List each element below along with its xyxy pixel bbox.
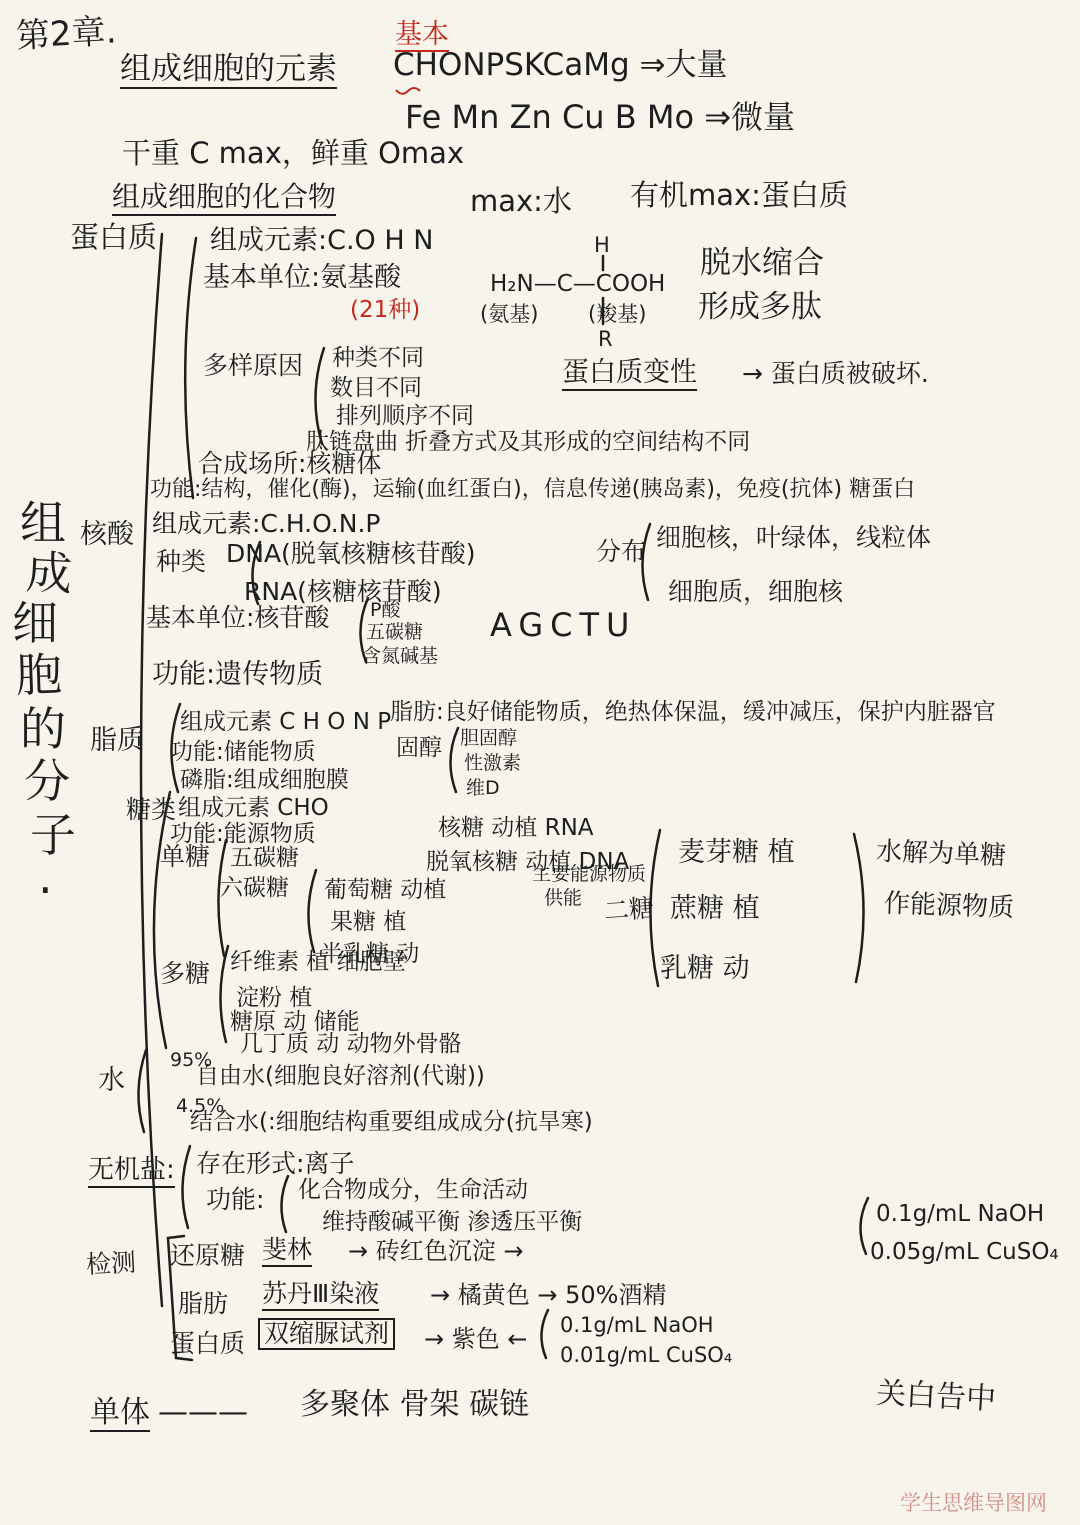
handwritten-mindmap-page: { "page": { "watermark": "学生思维导图网", "sig… bbox=[0, 0, 1080, 1525]
nucleic-unit: 基本单位:核苷酸 bbox=[146, 604, 329, 632]
chapter-title: 第2章. bbox=[15, 13, 117, 56]
protein-elements: 组成元素:C.O H N bbox=[210, 226, 433, 256]
protein-unit: 基本单位:氨基酸 bbox=[203, 263, 401, 293]
phospholipid-note: 磷脂:组成细胞膜 bbox=[180, 768, 349, 793]
rna-kind: RNA(核糖核苷酸) bbox=[244, 578, 442, 606]
spine-char: 成 bbox=[25, 547, 74, 600]
nucleic-label: 核酸 bbox=[80, 520, 134, 550]
detection-target: 蛋白质 bbox=[170, 1330, 245, 1358]
glucose-item: 葡萄糖 动植 bbox=[324, 878, 446, 903]
disaccharide-note: 作能源物质 bbox=[884, 890, 1015, 923]
fehling-reagent-part: 0.1g/mL NaOH bbox=[876, 1202, 1044, 1227]
sterol-item: 胆固醇 bbox=[460, 728, 517, 749]
denature-result: → 蛋白质被破坏. bbox=[742, 360, 929, 388]
polysaccharide-item: 淀粉 植 bbox=[236, 986, 312, 1011]
spine-char: 细 bbox=[12, 598, 58, 649]
fructose-item: 果糖 植 bbox=[330, 910, 406, 935]
dehydration-line1: 脱水缩合 bbox=[700, 246, 824, 280]
dehydration-line2: 形成多肽 bbox=[698, 290, 822, 324]
spine-char: 胞 bbox=[15, 649, 63, 701]
polysaccharide-item: 纤维素 植 细胞壁 bbox=[230, 950, 406, 975]
nucleic-kinds-label: 种类 bbox=[156, 548, 206, 576]
polysaccharide-item: 几丁质 动 动物外骨骼 bbox=[240, 1032, 462, 1057]
diversity-reason: 种类不同 bbox=[332, 346, 424, 371]
dna-distribution: 细胞核，叶绿体，线粒体 bbox=[656, 524, 931, 552]
lipid-elements: 组成元素 C H O N P bbox=[180, 710, 391, 735]
detection-reagent: 斐林 bbox=[262, 1236, 312, 1267]
detection-result: → 砖红色沉淀 → bbox=[348, 1238, 523, 1264]
monomer-dash: ——— bbox=[158, 1396, 248, 1429]
nucleotide-part: 五碳糖 bbox=[366, 622, 423, 643]
protein-unit-count-note: (21种) bbox=[350, 298, 420, 323]
elements-line-label: 组成细胞的元素 bbox=[120, 52, 337, 89]
sterol-label: 固醇 bbox=[396, 736, 442, 761]
ribose-item: 核糖 动植 RNA bbox=[438, 816, 594, 841]
amino-acid-r: R bbox=[598, 328, 613, 351]
diversity-label: 多样原因 bbox=[203, 352, 303, 380]
spine-char: 组 bbox=[20, 498, 66, 549]
disaccharide-item: 蔗糖 植 bbox=[670, 894, 760, 924]
fehling-reagent-part: 0.05g/mL CuSO₄ bbox=[870, 1240, 1059, 1265]
diversity-reason: 数目不同 bbox=[330, 376, 422, 401]
sterol-item: 性激素 bbox=[464, 753, 521, 774]
detection-reagent: 双缩脲试剂 bbox=[258, 1318, 395, 1350]
polymer-label: 多聚体 骨架 碳链 bbox=[300, 1388, 529, 1421]
lipid-function: 功能:储能物质 bbox=[170, 740, 316, 765]
disaccharide-item: 乳糖 动 bbox=[660, 954, 750, 984]
max-water-note: max:水 bbox=[470, 186, 572, 218]
monosaccharide-label: 单糖 bbox=[160, 843, 210, 871]
nucleic-function: 功能:遗传物质 bbox=[152, 660, 323, 690]
sterol-item: 维D bbox=[466, 778, 500, 799]
amine-group-label: (氨基) bbox=[480, 303, 538, 326]
pentose-label: 五碳糖 bbox=[230, 846, 299, 871]
glucose-note: 主要能源物质 bbox=[532, 864, 646, 885]
inorganic-label: 无机盐: bbox=[88, 1156, 175, 1188]
denature-label: 蛋白质变性 bbox=[562, 358, 697, 391]
carb-elements: 组成元素 CHO bbox=[178, 796, 329, 821]
watermark: 学生思维导图网 bbox=[900, 1492, 1047, 1515]
nucleotide-part: 含氮碱基 bbox=[362, 646, 438, 667]
detection-target: 脂肪 bbox=[178, 1290, 228, 1318]
organic-max-note: 有机max:蛋白质 bbox=[630, 180, 848, 212]
dry-fresh-weight: 干重 C max，鲜重 Omax bbox=[122, 138, 464, 170]
compounds-label: 组成细胞的化合物 bbox=[112, 182, 336, 216]
dna-kind: DNA(脱氧核糖核苷酸) bbox=[226, 540, 476, 568]
carb-label: 糖类 bbox=[126, 796, 176, 824]
fat-note: 脂肪:良好储能物质，绝热体保温，缓冲减压，保护内脏器官 bbox=[390, 700, 996, 725]
detection-reagent: 苏丹Ⅲ染液 bbox=[262, 1280, 379, 1311]
disaccharide-item: 麦芽糖 植 bbox=[678, 838, 795, 868]
bound-water-note: 结合水(:细胞结构重要组成成分(抗旱寒) bbox=[190, 1110, 593, 1135]
spine-char: 子 bbox=[30, 810, 76, 861]
water-label: 水 bbox=[98, 1066, 125, 1096]
rna-distribution: 细胞质，细胞核 bbox=[668, 578, 843, 606]
biuret-reagent-part: 0.01g/mL CuSO₄ bbox=[560, 1344, 732, 1367]
free-water-note: 自由水(细胞良好溶剂(代谢)) bbox=[196, 1064, 485, 1089]
biuret-reagent-part: 0.1g/mL NaOH bbox=[560, 1314, 714, 1337]
glucose-note: 供能 bbox=[544, 888, 582, 909]
monomer-label: 单体 bbox=[90, 1396, 150, 1432]
detection-result: → 紫色 ← bbox=[424, 1326, 527, 1352]
distribution-label: 分布 bbox=[596, 538, 646, 566]
polysaccharide-label: 多糖 bbox=[160, 960, 210, 988]
amino-acid-h: H bbox=[594, 234, 610, 257]
carboxyl-group-label: (羧基) bbox=[588, 303, 646, 326]
signature: 关白告中 bbox=[875, 1377, 997, 1416]
amino-acid-backbone: H₂N—C—COOH bbox=[490, 272, 665, 297]
spine-char: 分 bbox=[23, 755, 71, 807]
hexose-label: 六碳糖 bbox=[220, 876, 289, 901]
disaccharide-note: 水解为单糖 bbox=[876, 838, 1007, 871]
disaccharide-label: 二糖 bbox=[603, 894, 655, 925]
detection-label: 检测 bbox=[85, 1249, 136, 1279]
detection-target: 还原糖 bbox=[170, 1242, 245, 1270]
nucleic-elements: 组成元素:C.H.O.N.P bbox=[152, 510, 380, 538]
nucleotide-part: P酸 bbox=[370, 600, 400, 621]
inorganic-function-item: 维持酸碱平衡 渗透压平衡 bbox=[322, 1210, 582, 1235]
protein-functions: 功能:结构，催化(酶)，运输(血红蛋白)，信息传递(胰岛素)，免疫(抗体) 糖蛋… bbox=[150, 478, 915, 502]
detection-result: → 橘黄色 → 50%酒精 bbox=[430, 1282, 666, 1308]
inorganic-function-label: 功能: bbox=[206, 1186, 264, 1214]
trace-elements: Fe Mn Zn Cu B Mo ⇒微量 bbox=[405, 100, 795, 135]
protein-label: 蛋白质 bbox=[70, 222, 157, 254]
spine-char: 的 bbox=[20, 704, 66, 755]
lipid-label: 脂质 bbox=[90, 726, 144, 756]
nucleotide-bases: AGCTU bbox=[490, 608, 636, 643]
diversity-reason: 排列顺序不同 bbox=[336, 404, 474, 429]
spine-char: . bbox=[38, 852, 53, 903]
inorganic-function-item: 化合物成分，生命活动 bbox=[298, 1178, 528, 1203]
major-elements: CHONPSKCaMg ⇒大量 bbox=[393, 48, 727, 82]
protein-synthesis-site: 合成场所:核糖体 bbox=[198, 450, 381, 478]
inorganic-form: 存在形式:离子 bbox=[196, 1150, 354, 1178]
